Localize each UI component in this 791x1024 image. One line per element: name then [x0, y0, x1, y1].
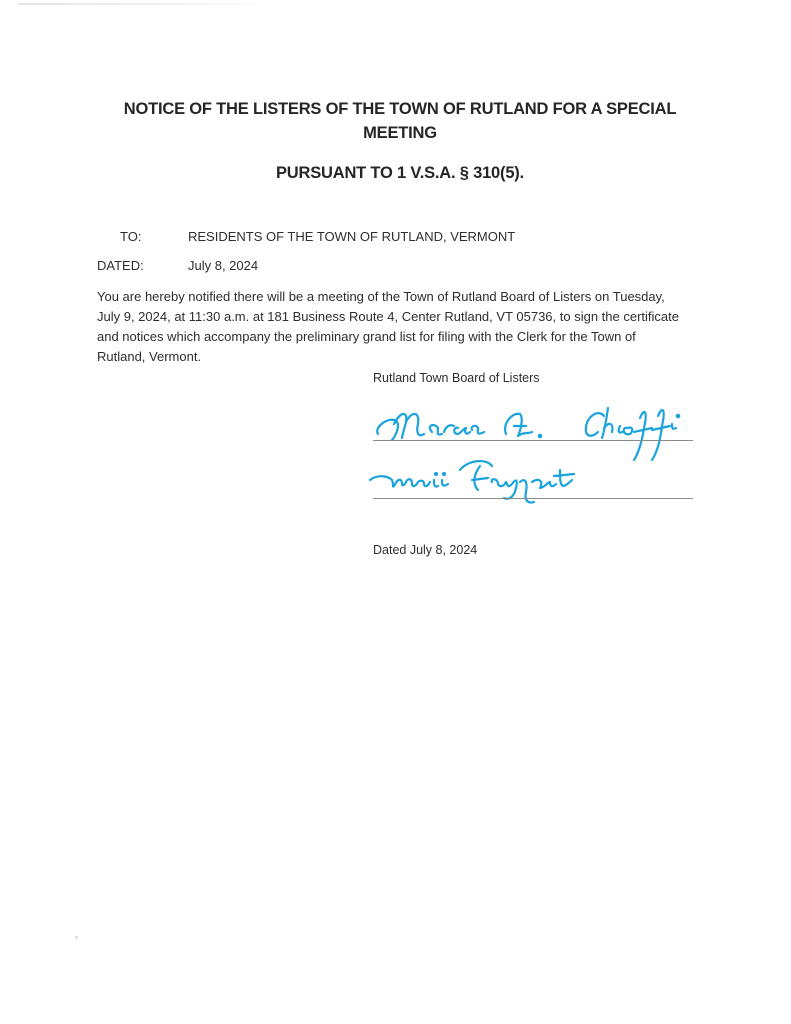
signature-line-1	[373, 440, 693, 441]
footer-dated: Dated July 8, 2024	[373, 542, 477, 558]
notice-subtitle: PURSUANT TO 1 V.S.A. § 310(5).	[100, 161, 700, 185]
dated-value: July 8, 2024	[188, 258, 258, 274]
notice-body-line: You are hereby notified there will be a …	[97, 287, 717, 307]
signatory-group: Rutland Town Board of Listers	[373, 370, 540, 386]
notice-body-line: Rutland, Vermont.	[97, 347, 717, 367]
scan-artifact-speck	[75, 936, 78, 939]
notice-body-line: and notices which accompany the prelimin…	[97, 327, 717, 347]
dated-label: DATED:	[97, 258, 144, 274]
notice-body-line: July 9, 2024, at 11:30 a.m. at 181 Busin…	[97, 307, 717, 327]
signature-marie-feigeant	[368, 452, 628, 512]
to-value: RESIDENTS OF THE TOWN OF RUTLAND, VERMON…	[188, 229, 515, 245]
notice-title-line-1: NOTICE OF THE LISTERS OF THE TOWN OF RUT…	[100, 97, 700, 121]
handwritten-signature-icon	[368, 452, 628, 512]
notice-body: You are hereby notified there will be a …	[97, 287, 717, 367]
to-label: TO:	[120, 229, 141, 245]
scan-artifact-line	[18, 3, 258, 5]
signature-line-2	[373, 498, 693, 499]
notice-title: NOTICE OF THE LISTERS OF THE TOWN OF RUT…	[100, 97, 700, 145]
notice-title-line-2: MEETING	[100, 121, 700, 145]
